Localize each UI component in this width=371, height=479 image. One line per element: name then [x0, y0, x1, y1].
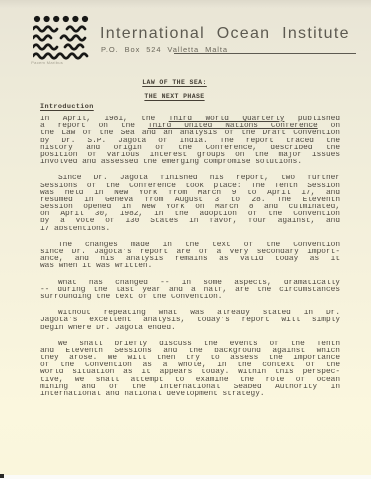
text-line: ance, and his analysis remains as valid … [40, 256, 340, 263]
scan-shading [0, 0, 371, 8]
paragraph: We shall briefly discuss the events of t… [40, 341, 340, 399]
paragraph: Since Dr. Jagota finished his report, tw… [40, 175, 340, 233]
text-line: In April, 1981, the Third World Quarterl… [40, 116, 340, 123]
text-line: surrounding the text of the Convention. [40, 294, 340, 301]
text-line: and Eleventh Sessions and the background… [40, 348, 340, 355]
paragraph: The changes made in the text of the Conv… [40, 242, 340, 271]
text-line: a report on the Third United Nations Con… [40, 123, 340, 130]
text-line: was when it was written. [40, 263, 340, 270]
text-line: Without repeating what was already state… [40, 310, 340, 317]
scanned-document-page: Pacem Maribus International Ocean Instit… [0, 0, 371, 479]
text-line: position of various interest groups on t… [40, 152, 340, 159]
text-line: Jagota's excellent analysis, today's rep… [40, 317, 340, 324]
text-line: the Law of the Sea and an analysis of th… [40, 130, 340, 137]
text-line: Session opened in New York on March 8 an… [40, 204, 340, 211]
title-row-2: THE NEXT PHASE [0, 85, 349, 103]
text-line: by a vote of 130 States in favor, four a… [40, 218, 340, 225]
text-line: involved and assessed the emerging compr… [40, 159, 340, 166]
paragraph: What has changed -- in some aspects, dra… [40, 280, 340, 302]
text-line: Sessions of the Conference took place: T… [40, 183, 340, 190]
logo-caption: Pacem Maribus [28, 61, 66, 65]
text-line: 17 abstentions. [40, 226, 340, 233]
text-line: by Dr. S.P. Jagota of India. The report … [40, 138, 340, 145]
text-line: mining and of the International Seabed A… [40, 384, 340, 391]
scan-speck [0, 474, 4, 478]
text-line: since Dr. Jagota's report are of a very … [40, 249, 340, 256]
text-line: The changes made in the text of the Conv… [40, 242, 340, 249]
text-line: tive, we shall attempt to examine the ro… [40, 377, 340, 384]
text-line: they arose. We will then try to assess t… [40, 355, 340, 362]
text-line: resumed in Geneva from August 3 to 28. T… [40, 197, 340, 204]
paragraph: In April, 1981, the Third World Quarterl… [40, 116, 340, 166]
text-line: begin where Dr. Jagota ended. [40, 325, 340, 332]
scan-edge-strip [0, 475, 371, 479]
text-line: on April 30, 1982, in the adoption of th… [40, 211, 340, 218]
ioi-wave-logo [33, 15, 89, 61]
text-line: -- during the last year and a half, are … [40, 287, 340, 294]
doc-title-line2: THE NEXT PHASE [144, 93, 204, 100]
text-line: Since Dr. Jagota finished his report, tw… [40, 175, 340, 182]
body-paragraphs: In April, 1981, the Third World Quarterl… [40, 116, 340, 407]
text-line: history and origin of the Conference, de… [40, 145, 340, 152]
paragraph: Without repeating what was already state… [40, 310, 340, 332]
letterhead-rule [174, 53, 356, 54]
text-line: We shall briefly discuss the events of t… [40, 341, 340, 348]
text-line: international and national development s… [40, 391, 340, 398]
text-line: world situation as it appears today. Wit… [40, 369, 340, 376]
text-line: What has changed -- in some aspects, dra… [40, 280, 340, 287]
institute-name: International Ocean Institute [100, 25, 350, 43]
text-line: of the Convention as a whole, in the con… [40, 362, 340, 369]
section-heading-introduction: Introduction [40, 103, 94, 111]
text-line: was held in New York from March 9 to Apr… [40, 190, 340, 197]
